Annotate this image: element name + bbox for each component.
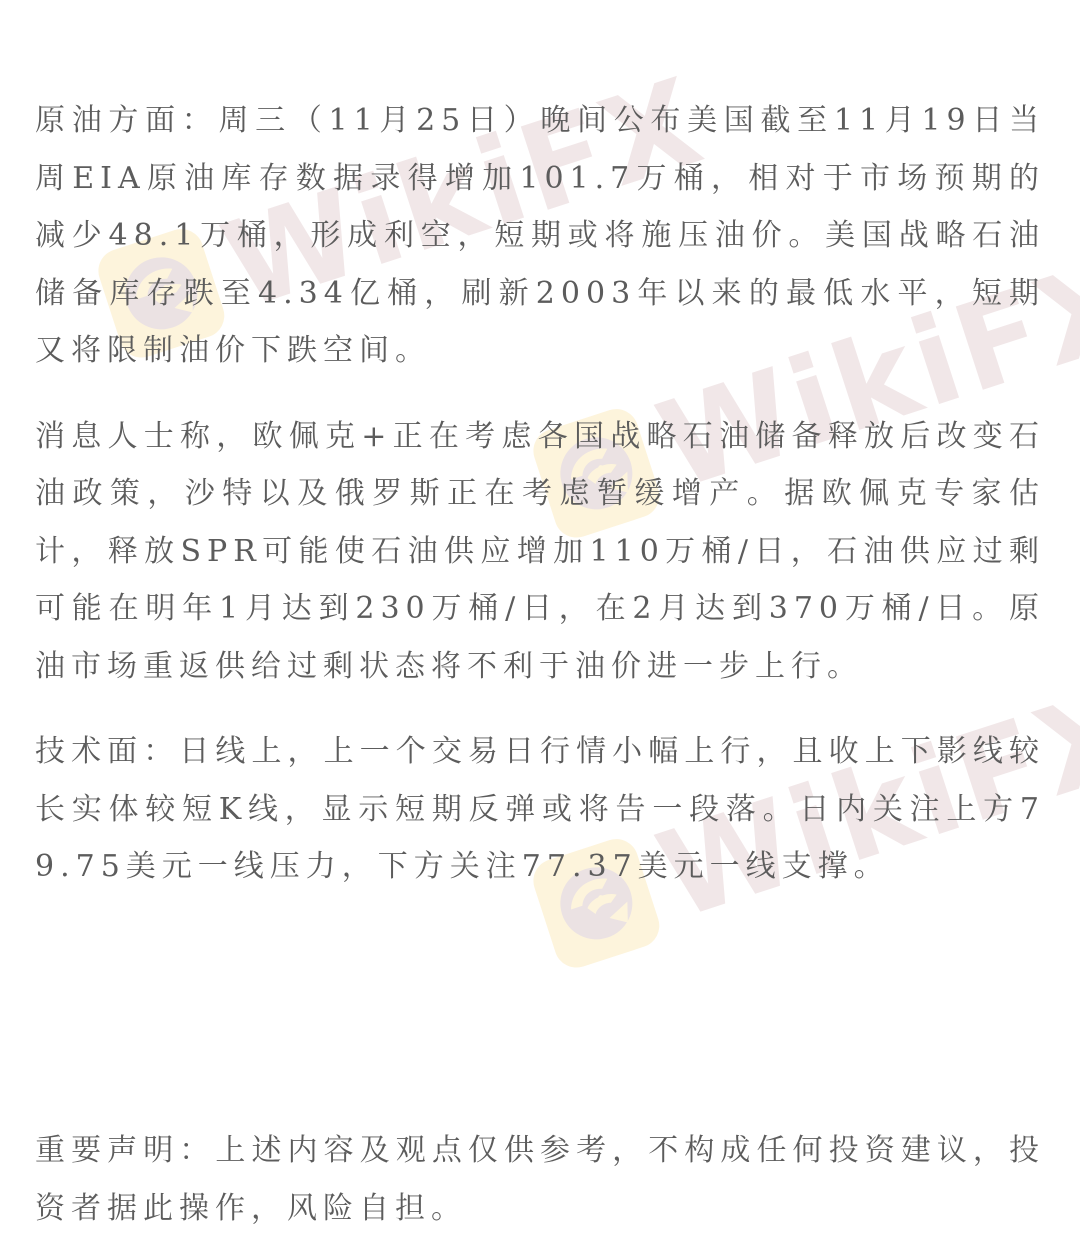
paragraph-technical-analysis: 技术面：日线上，上一个交易日行情小幅上行，且收上下影线较长实体较短K线，显示短期… [35,723,1045,896]
article-page: WikiFX WikiFX WikiFX 原油方面： [0,0,1080,1255]
paragraph-crude-oil-inventory: 原油方面：周三（11月25日）晚间公布美国截至11月19日当周EIA原油库存数据… [35,92,1045,380]
paragraph-opec-news: 消息人士称，欧佩克+正在考虑各国战略石油储备释放后改变石油政策，沙特以及俄罗斯正… [35,408,1045,696]
paragraph-disclaimer: 重要声明：上述内容及观点仅供参考，不构成任何投资建议，投资者据此操作，风险自担。 [35,1122,1045,1237]
article-body: 原油方面：周三（11月25日）晚间公布美国截至11月19日当周EIA原油库存数据… [35,92,1045,896]
